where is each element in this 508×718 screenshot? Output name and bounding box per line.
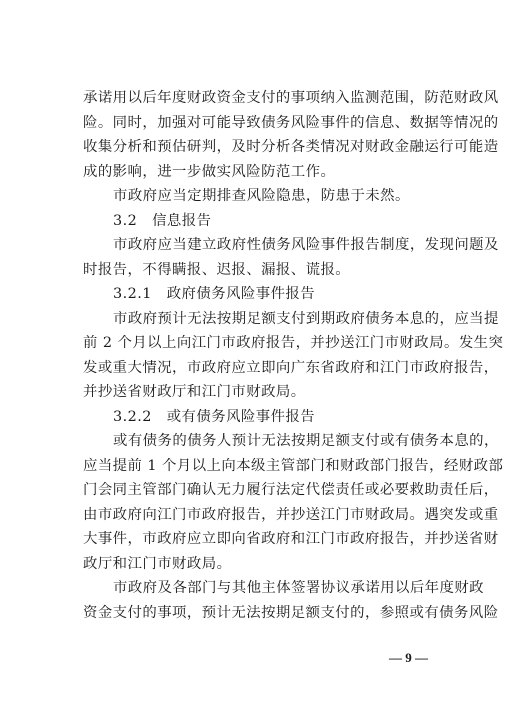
text-line: 承诺用以后年度财政资金支付的事项纳入监测范围，防范财政风 bbox=[83, 89, 443, 107]
text-line: 市政府预计无法按期足额支付到期政府债务本息的，应当提 bbox=[113, 310, 473, 328]
subsection-heading: 3.2.2 或有债务风险事件报告 bbox=[113, 408, 473, 426]
text-line: 市政府应当定期排查风险隐患，防患于未然。 bbox=[113, 187, 473, 205]
text-line: 成的影响，进一步做实风险防范工作。 bbox=[83, 163, 443, 181]
page-number: — 9 — bbox=[389, 650, 428, 666]
text-line: 市政府及各部门与其他主体签署协议承诺用以后年度财政 bbox=[113, 579, 473, 597]
text-line: 发或重大情况，市政府应立即向广东省政府和江门市政府报告， bbox=[83, 359, 443, 377]
text-line: 资金支付的事项，预计无法按期足额支付的，参照或有债务风险 bbox=[83, 604, 443, 622]
text-line: 门会同主管部门确认无力履行法定代偿责任或必要救助责任后， bbox=[83, 481, 443, 499]
subsection-heading: 3.2.1 政府债务风险事件报告 bbox=[113, 285, 473, 303]
text-line: 市政府应当建立政府性债务风险事件报告制度，发现问题及 bbox=[113, 236, 473, 254]
text-line: 时报告，不得瞒报、迟报、漏报、谎报。 bbox=[83, 261, 443, 279]
text-line: 由市政府向江门市政府报告，并抄送江门市财政局。遇突发或重 bbox=[83, 506, 443, 524]
document-page: 承诺用以后年度财政资金支付的事项纳入监测范围，防范财政风 险。同时，加强对可能导… bbox=[0, 0, 508, 718]
section-heading: 3.2 信息报告 bbox=[113, 212, 473, 230]
text-line: 政厅和江门市财政局。 bbox=[83, 555, 443, 573]
text-line: 险。同时，加强对可能导致债务风险事件的信息、数据等情况的 bbox=[83, 114, 443, 132]
text-line: 应当提前 1 个月以上向本级主管部门和财政部门报告，经财政部 bbox=[83, 457, 443, 475]
text-line: 收集分析和预估研判，及时分析各类情况对财政金融运行可能造 bbox=[83, 138, 443, 156]
text-line: 前 2 个月以上向江门市政府报告，并抄送江门市财政局。发生突 bbox=[83, 334, 443, 352]
text-line: 或有债务的债务人预计无法按期足额支付或有债务本息的， bbox=[113, 432, 473, 450]
text-line: 并抄送省财政厅和江门市财政局。 bbox=[83, 383, 443, 401]
text-line: 大事件，市政府应立即向省政府和江门市政府报告，并抄送省财 bbox=[83, 530, 443, 548]
